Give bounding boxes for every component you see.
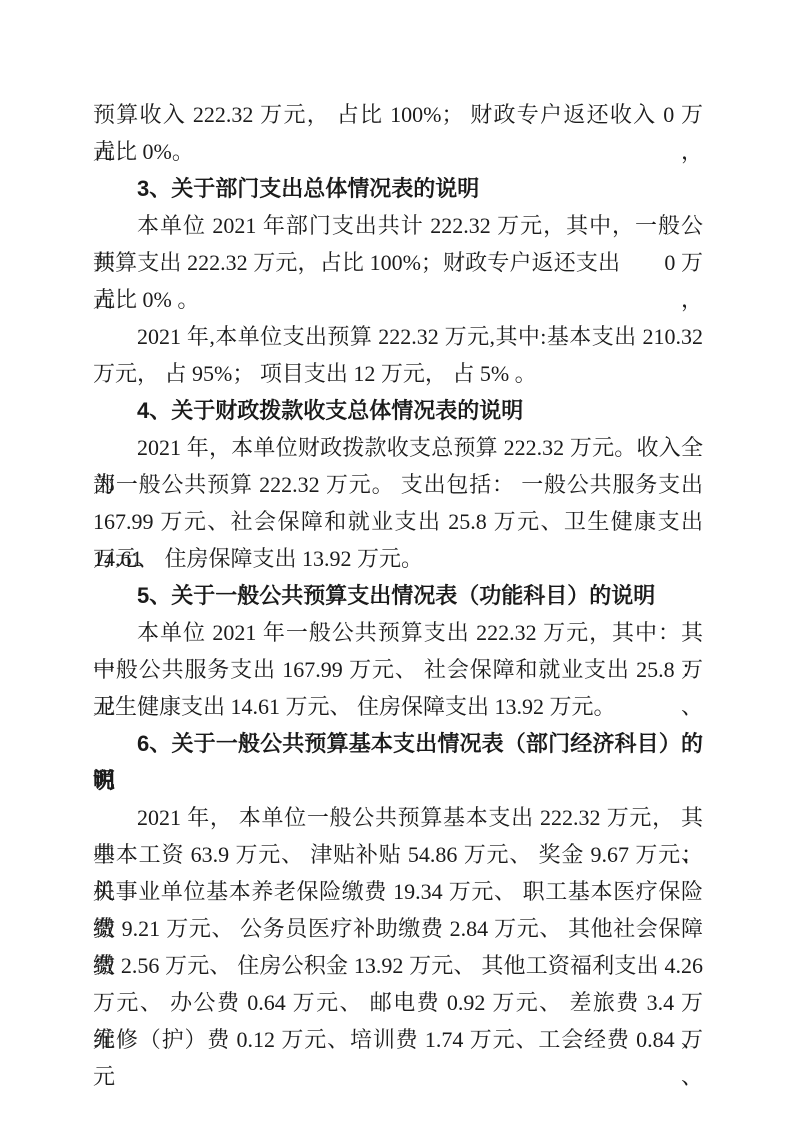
section-heading-4: 4、关于财政拨款收支总体情况表的说明 <box>93 392 703 429</box>
body-line: 费 2.56 万元、 住房公积金 13.92 万元、 其他工资福利支出 4.26 <box>93 947 703 984</box>
body-line: 一般公共服务支出 167.99 万元、 社会保障和就业支出 25.8 万元、 <box>93 651 703 688</box>
section-heading-5: 5、关于一般公共预算支出情况表（功能科目）的说明 <box>93 577 703 614</box>
body-line: 2021 年,本单位支出预算 222.32 万元,其中:基本支出 210.32 <box>93 318 703 355</box>
body-line: 预算收入 222.32 万元， 占比 100%； 财政专户返还收入 0 万元， <box>93 96 703 133</box>
body-line: 万元、 办公费 0.64 万元、 邮电费 0.92 万元、 差旅费 3.4 万元… <box>93 984 703 1021</box>
document-text-block: 预算收入 222.32 万元， 占比 100%； 财政专户返还收入 0 万元， … <box>93 96 703 1058</box>
document-page: 预算收入 222.32 万元， 占比 100%； 财政专户返还收入 0 万元， … <box>0 0 793 1122</box>
body-line: 167.99 万元、社会保障和就业支出 25.8 万元、卫生健康支出 14.61 <box>93 503 703 540</box>
body-line: 卫生健康支出 14.61 万元、 住房保障支出 13.92 万元。 <box>93 688 703 725</box>
body-line: 2021 年，本单位财政拨款收支总预算 222.32 万元。收入全部 <box>93 429 703 466</box>
section-heading-6-wrap: 明 <box>93 762 703 799</box>
body-line: 维修（护）费 0.12 万元、培训费 1.74 万元、工会经费 0.84 万元、 <box>93 1021 703 1058</box>
body-line: 2021 年， 本单位一般公共预算基本支出 222.32 万元， 其中： <box>93 799 703 836</box>
section-heading-6: 6、关于一般公共预算基本支出情况表（部门经济科目）的说 <box>93 725 703 762</box>
body-line: 预算支出 222.32 万元，占比 100%；财政专户返还支出 0 万元， <box>93 244 703 281</box>
body-line: 本单位 2021 年部门支出共计 222.32 万元，其中，一般公共 <box>93 207 703 244</box>
body-line: 为一般公共预算 222.32 万元。 支出包括： 一般公共服务支出 <box>93 466 703 503</box>
body-line: 万元、 住房保障支出 13.92 万元。 <box>93 540 703 577</box>
body-line: 基本工资 63.9 万元、 津贴补贴 54.86 万元、 奖金 9.67 万元、… <box>93 836 703 873</box>
body-line: 万元， 占 95%； 项目支出 12 万元， 占 5% 。 <box>93 355 703 392</box>
body-line: 关事业单位基本养老保险缴费 19.34 万元、 职工基本医疗保险缴 <box>93 873 703 910</box>
body-line: 本单位 2021 年一般公共预算支出 222.32 万元，其中：其中： <box>93 614 703 651</box>
section-heading-3: 3、关于部门支出总体情况表的说明 <box>93 170 703 207</box>
body-line: 费 9.21 万元、 公务员医疗补助缴费 2.84 万元、 其他社会保障缴 <box>93 910 703 947</box>
